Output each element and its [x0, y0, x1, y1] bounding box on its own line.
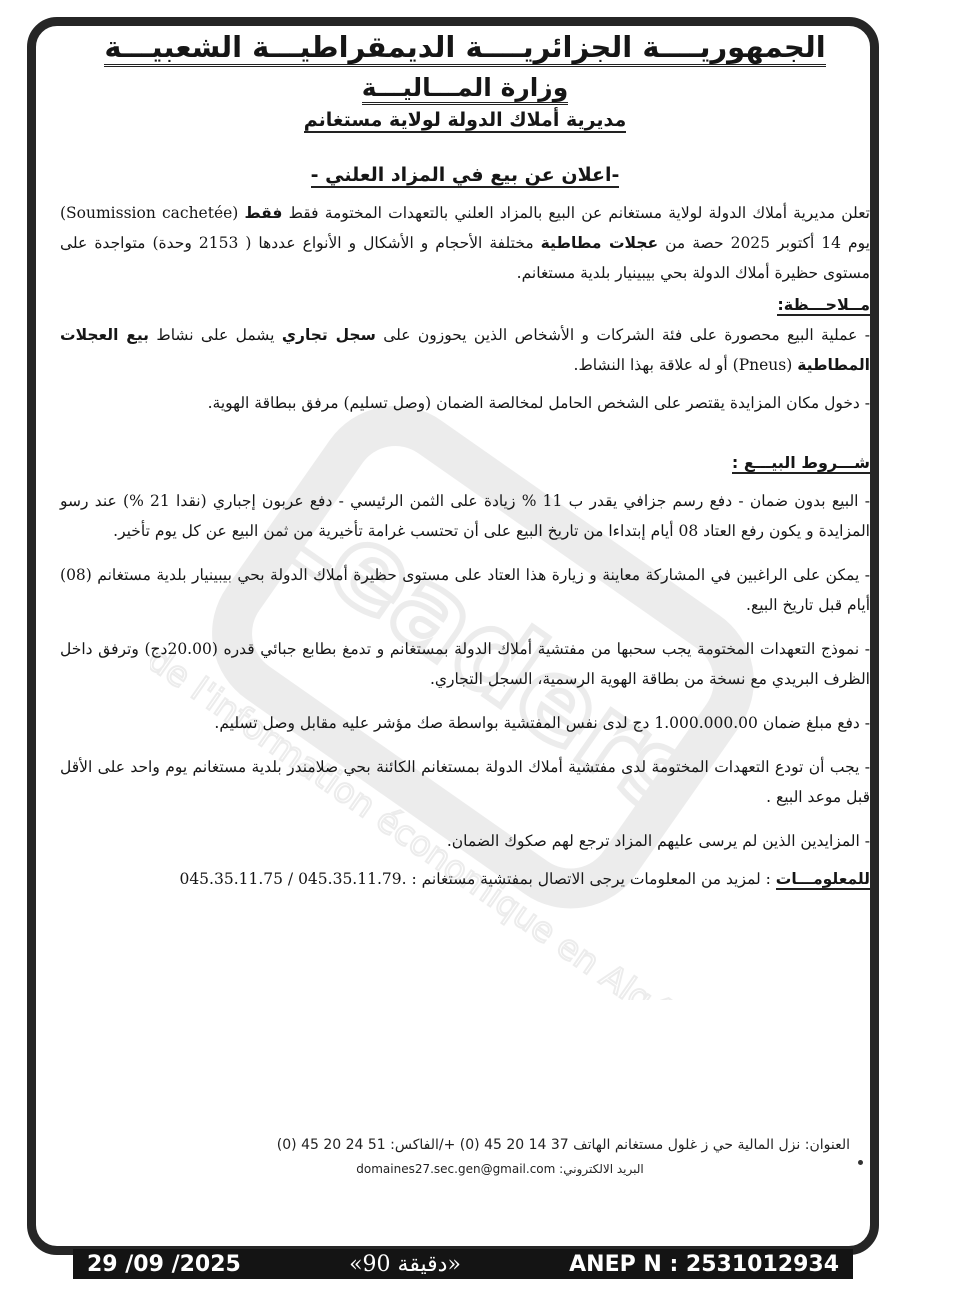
fax-number: (0) 45 20 24 51: [277, 1137, 386, 1153]
note-item-1: - عملية البيع محصورة على فئة الشركات و ا…: [60, 320, 870, 380]
address-block: العنوان: نزل المالية حي ز غلول مستغانم ا…: [90, 1133, 850, 1181]
anep-number: ANEP N : 2531012934: [569, 1252, 839, 1277]
notice-body: الجمهوريــــة الجزائريــــة الديمقراطيــ…: [60, 28, 870, 894]
condition-item-3: - نموذج التعهدات المختومة يجب سحبها من م…: [60, 634, 870, 694]
info-label: للمعلومـــات: [776, 870, 870, 890]
conditions-heading: شـــروط البيـــع :: [60, 448, 870, 478]
newspaper-name-badge: «90 دقيقة»: [349, 1252, 461, 1277]
publication-date: 29 /09 /2025: [87, 1252, 241, 1277]
footer-bar: 29 /09 /2025 «90 دقيقة» ANEP N : 2531012…: [73, 1249, 853, 1279]
email-address: domaines27.sec.gen@gmail.com: [356, 1162, 555, 1176]
info-phones: 045.35.11.75 / 045.35.11.79.: [179, 870, 406, 888]
intro-paragraph: تعلن مديرية أملاك الدولة لولاية مستغانم …: [60, 198, 870, 288]
notice-title: -اعلان عن بيع في المزاد العلني -: [60, 162, 870, 188]
condition-item-5: - يجب أن تودع التعهدات المختومة لدى مفتش…: [60, 752, 870, 812]
info-line: للمعلومـــات : لمزيد من المعلومات يرجى ا…: [60, 864, 870, 894]
republic-heading: الجمهوريــــة الجزائريــــة الديمقراطيــ…: [60, 28, 870, 66]
ministry-heading: وزارة المـــاليـــة: [60, 70, 870, 106]
condition-item-4: - دفع مبلغ ضمان 1.000.000.00 دج لدى نفس …: [60, 708, 870, 738]
notes-heading: مــلاحـــظة:: [60, 290, 870, 320]
note-item-2: - دخول مكان المزايدة يقتصر على الشخص الح…: [60, 388, 870, 418]
email-line: البريد الالكتروني: domaines27.sec.gen@gm…: [90, 1157, 850, 1181]
condition-item-6: - المزايدين الذين لم يرسى عليهم المزاد ت…: [60, 826, 870, 856]
phone-number: (0) 45 20 14 37: [460, 1137, 569, 1153]
bullet-dot: [858, 1160, 863, 1165]
directorate-heading: مديرية أملاك الدولة لولاية مستغانم: [60, 106, 870, 134]
condition-item-2: - يمكن على الراغبين في المشاركة معاينة و…: [60, 560, 870, 620]
condition-item-1: - البيع بدون ضمان - دفع رسم جزافي يقدر ب…: [60, 486, 870, 546]
address-line: العنوان: نزل المالية حي ز غلول مستغانم ا…: [90, 1133, 850, 1157]
